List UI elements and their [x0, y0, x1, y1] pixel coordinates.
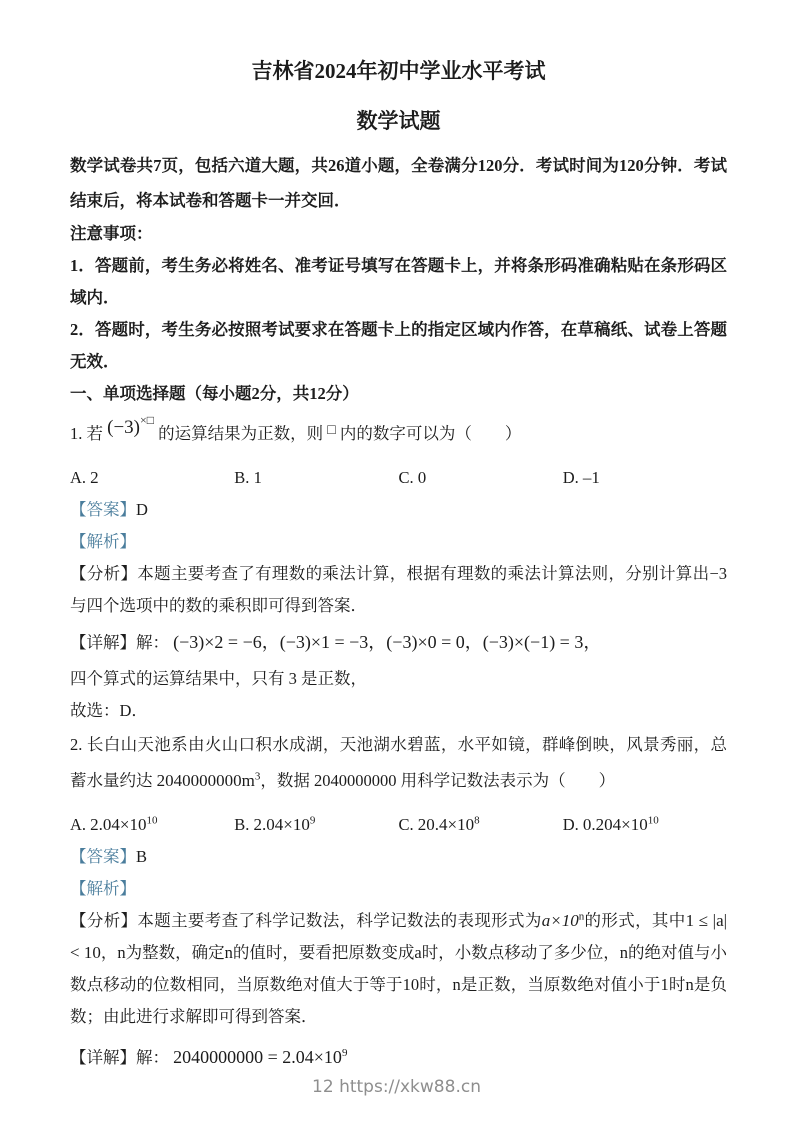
analysis-label: 【解析】: [70, 879, 136, 898]
question-1-options: A. 2 B. 1 C. 0 D. –1: [70, 462, 727, 494]
question-1-formula: (−3)×□: [107, 412, 154, 444]
page-number: 12: [312, 1077, 334, 1097]
question-1-conclusion: 故选：D．: [70, 695, 727, 727]
notice-item-1: 1．答题前，考生务必将姓名、准考证号填写在答题卡上，并将条形码准确粘贴在条形码区…: [70, 250, 727, 314]
analysis-label: 【解析】: [70, 532, 136, 551]
formula-base: (−3): [107, 417, 140, 438]
question-1-text: 1. 若 (−3)×□ 的运算结果为正数，则 □ 内的数字可以为（ ）: [70, 410, 727, 452]
option-label: A.: [70, 468, 86, 487]
option-label: C.: [399, 468, 414, 487]
option-value: 0: [418, 468, 427, 487]
question-1-detail: 【详解】解： (−3)×2 = −6，(−3)×1 = −3，(−3)×0 = …: [70, 622, 727, 663]
option-value: 2.04×1010: [90, 815, 157, 834]
question-2-option-d: D. 0.204×1010: [563, 809, 727, 841]
box-symbol: □: [327, 423, 335, 438]
question-2-option-a: A. 2.04×1010: [70, 809, 234, 841]
option-label: B.: [234, 815, 249, 834]
question-1-analysis: 【分析】本题主要考查了有理数的乘法计算，根据有理数的乘法计算法则，分别计算出−3…: [70, 558, 727, 622]
footer-url: https://xkw88.cn: [339, 1077, 481, 1097]
analysis-text-2: 的形式，其中: [584, 911, 685, 930]
page-title: 吉林省2024年初中学业水平考试: [70, 56, 727, 86]
volume-value: 2040000000m3: [157, 771, 261, 790]
question-1-option-b: B. 1: [234, 462, 398, 494]
question-2-number: 2.: [70, 735, 82, 754]
question-1-option-c: C. 0: [399, 462, 563, 494]
question-2-body2: ，数据 2040000000 用科学记数法表示为（ ）: [260, 771, 615, 790]
option-value: –1: [583, 468, 600, 487]
question-1-after-formula: 的运算结果为正数，则: [158, 424, 323, 443]
volume-base: 2040000000m: [157, 771, 255, 790]
option-label: B.: [234, 468, 249, 487]
option-value: 2.04×109: [254, 815, 316, 834]
question-2-detail: 【详解】解： 2040000000 = 2.04×109: [70, 1037, 727, 1078]
option-value: 2: [90, 468, 99, 487]
question-1-analysis-label: 【解析】: [70, 526, 727, 558]
detail-label: 【详解】解：: [70, 1048, 169, 1067]
exam-paper-page: 吉林省2024年初中学业水平考试 数学试题 数学试卷共7页，包括六道大题，共26…: [0, 0, 793, 1122]
question-1-detail-line2: 四个算式的运算结果中，只有 3 是正数，: [70, 663, 727, 695]
page-content: 吉林省2024年初中学业水平考试 数学试题 数学试卷共7页，包括六道大题，共26…: [70, 56, 727, 1078]
analysis-text-1: 【分析】本题主要考查了科学记数法，科学记数法的表现形式为: [70, 911, 542, 930]
question-2-analysis: 【分析】本题主要考查了科学记数法，科学记数法的表现形式为a×10n的形式，其中1…: [70, 905, 727, 1033]
question-1-answer: 【答案】D: [70, 494, 727, 526]
detail-label: 【详解】解：: [70, 633, 169, 652]
option-value: 0.204×1010: [583, 815, 659, 834]
question-1-after-box: 内的数字可以为（ ）: [340, 424, 522, 443]
option-label: C.: [399, 815, 414, 834]
question-2-option-c: C. 20.4×108: [399, 809, 563, 841]
notice-item-2: 2．答题时，考生务必按照考试要求在答题卡上的指定区域内作答，在草稿纸、试卷上答题…: [70, 314, 727, 378]
detail-formula: 2040000000 = 2.04×109: [173, 1047, 347, 1067]
option-label: A.: [70, 815, 86, 834]
scientific-notation-formula: a×10n: [542, 911, 584, 930]
answer-label: 【答案】: [70, 500, 136, 519]
question-1-number: 1.: [70, 424, 82, 443]
analysis-text-3: ，n为整数，确定n的值时，要看把原数变成a时，小数点移动了多少位，n的绝对值与小…: [70, 943, 727, 1026]
page-subtitle: 数学试题: [70, 106, 727, 136]
option-value: 1: [254, 468, 263, 487]
option-label: D.: [563, 815, 579, 834]
option-label: D.: [563, 468, 579, 487]
question-2-text: 2. 长白山天池系由火山口积水成湖，天池湖水碧蓝，水平如镜，群峰倒映，风景秀丽，…: [70, 727, 727, 799]
section-heading: 一、单项选择题（每小题2分，共12分）: [70, 378, 727, 410]
detail-formula: (−3)×2 = −6，(−3)×1 = −3，(−3)×0 = 0，(−3)×…: [173, 632, 601, 652]
answer-value: B: [136, 847, 147, 866]
option-value: 20.4×108: [418, 815, 480, 834]
notice-heading: 注意事项：: [70, 218, 727, 250]
answer-value: D: [136, 500, 148, 519]
answer-label: 【答案】: [70, 847, 136, 866]
page-footer: 12 https://xkw88.cn: [0, 1076, 793, 1098]
question-2-analysis-label: 【解析】: [70, 873, 727, 905]
question-2-option-b: B. 2.04×109: [234, 809, 398, 841]
question-2-answer: 【答案】B: [70, 841, 727, 873]
exam-intro: 数学试卷共7页，包括六道大题，共26道小题，全卷满分120分．考试时间为120分…: [70, 148, 727, 218]
question-2-options: A. 2.04×1010 B. 2.04×109 C. 20.4×108 D. …: [70, 809, 727, 841]
formula-superscript: ×□: [140, 413, 154, 427]
question-1-before-formula: 若: [87, 424, 104, 443]
question-1-option-a: A. 2: [70, 462, 234, 494]
question-1-option-d: D. –1: [563, 462, 727, 494]
